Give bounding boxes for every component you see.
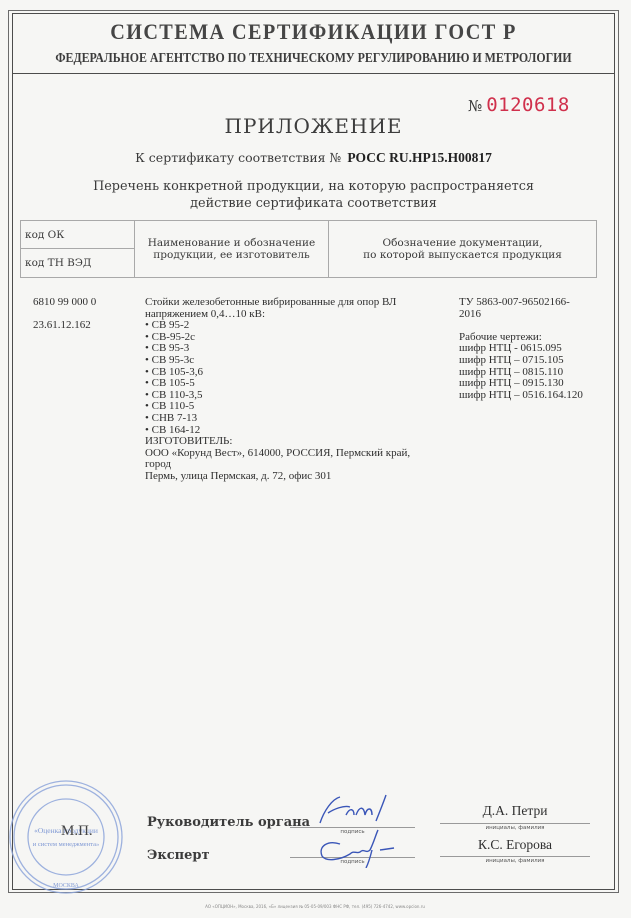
code-ok-value: 6810 99 000 0 bbox=[33, 297, 96, 320]
product-intro-line: Стойки железобетонные вибрированные для … bbox=[145, 297, 435, 309]
product-description: Стойки железобетонные вибрированные для … bbox=[145, 297, 435, 483]
stamp-city: МОСКВА bbox=[53, 883, 79, 889]
list-heading: Перечень конкретной продукции, на котору… bbox=[12, 178, 615, 212]
agency-subtitle: ФЕДЕРАЛЬНОЕ АГЕНТСТВО ПО ТЕХНИЧЕСКОМУ РЕ… bbox=[42, 50, 585, 66]
expert-signature-icon bbox=[310, 828, 400, 868]
drawing-item: шифр НТЦ – 0516.164.120 bbox=[459, 390, 609, 402]
print-footer: АО «ОПЦИОН», Москва, 2016, «Б» лицензия … bbox=[170, 904, 460, 909]
expert-name-line bbox=[440, 856, 590, 857]
code-tn-ved-value: 23.61.12.162 bbox=[33, 320, 96, 343]
tu-line: 2016 bbox=[459, 309, 609, 321]
header-divider bbox=[12, 73, 615, 74]
products-table-header: код ОК Наименование и обозначение продук… bbox=[20, 220, 597, 278]
system-title: СИСТЕМА СЕРТИФИКАЦИИ ГОСТ Р bbox=[36, 19, 591, 45]
header-documentation-line2: по которой выпускается продукция bbox=[333, 249, 592, 261]
header-code-ok: код ОК bbox=[21, 221, 135, 249]
form-number: №0120618 bbox=[468, 94, 570, 116]
list-heading-line2: действие сертификата соответствия bbox=[12, 195, 615, 212]
header-documentation-line1: Обозначение документации, bbox=[333, 237, 592, 249]
tu-line: ТУ 5863-007-96502166- bbox=[459, 297, 609, 309]
head-name-caption: инициалы, фамилия bbox=[440, 825, 590, 831]
header-code-tn-ved: код ТН ВЭД bbox=[21, 249, 135, 278]
number-sign: № bbox=[468, 97, 482, 115]
manufacturer-label: ИЗГОТОВИТЕЛЬ: bbox=[145, 436, 435, 448]
stamp-center-line2: и систем менеджмента» bbox=[33, 841, 99, 848]
manufacturer-line: Пермь, улица Пермская, д. 72, офис 301 bbox=[145, 471, 435, 483]
stamp-place-label: М.П. bbox=[61, 823, 93, 840]
head-of-body-label: Руководитель органа bbox=[147, 815, 310, 830]
header-product-name-line1: Наименование и обозначение bbox=[139, 237, 324, 249]
header-documentation: Обозначение документации, по которой вып… bbox=[329, 221, 597, 278]
product-codes: 6810 99 000 0 23.61.12.162 bbox=[33, 297, 96, 343]
annex-title: ПРИЛОЖЕНИЕ bbox=[12, 114, 615, 138]
manufacturer-line: ООО «Корунд Вест», 614000, РОССИЯ, Пермс… bbox=[145, 448, 435, 471]
expert-name-caption: инициалы, фамилия bbox=[440, 858, 590, 864]
model-item: • СВ 105-5 bbox=[145, 378, 435, 390]
header-product-name-line2: продукции, ее изготовитель bbox=[139, 249, 324, 261]
certificate-id: РОСС RU.НР15.Н00817 bbox=[347, 150, 491, 165]
header-product-name: Наименование и обозначение продукции, ее… bbox=[135, 221, 329, 278]
form-number-value: 0120618 bbox=[486, 94, 570, 116]
head-name-line bbox=[440, 823, 590, 824]
model-item: • СВ 95-3с bbox=[145, 355, 435, 367]
list-heading-line1: Перечень конкретной продукции, на котору… bbox=[12, 178, 615, 195]
certificate-label: К сертификату соответствия № bbox=[135, 150, 341, 165]
expert-name: К.С. Егорова bbox=[440, 837, 590, 853]
documentation: ТУ 5863-007-96502166- 2016 Рабочие черте… bbox=[459, 297, 609, 401]
drawing-item: шифр НТЦ – 0915.130 bbox=[459, 378, 609, 390]
head-signature-icon bbox=[310, 793, 390, 829]
drawing-item: шифр НТЦ – 0715.105 bbox=[459, 355, 609, 367]
certificate-reference: К сертификату соответствия №РОСС RU.НР15… bbox=[12, 150, 615, 166]
head-name: Д.А. Петри bbox=[440, 803, 590, 819]
expert-label: Эксперт bbox=[147, 848, 210, 863]
model-item: • СНВ 7-13 bbox=[145, 413, 435, 425]
